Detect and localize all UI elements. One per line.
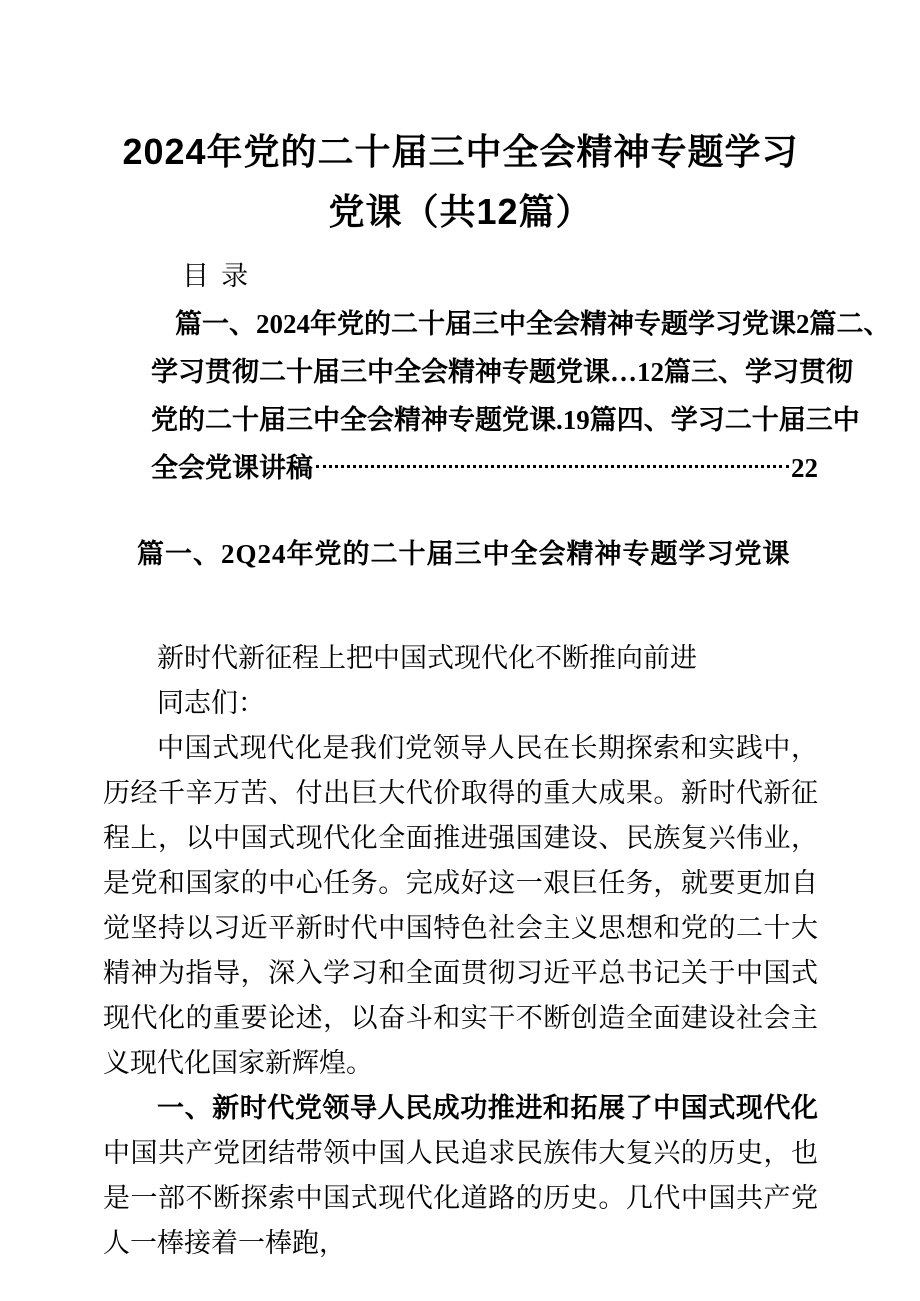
table-of-contents: 目录 篇一、2024年党的二十届三中全会精神专题学习党课2篇二、 学习贯彻二十届…: [151, 252, 818, 492]
toc-heading: 目录: [151, 252, 818, 300]
paragraph-lead-bold: 一、新时代党领导人民成功推进和拓展了中国式现代化: [157, 1093, 818, 1123]
body-paragraph: 中国式现代化是我们党领导人民在长期探索和实践中，历经千辛万苦、付出巨大代价取得的…: [103, 726, 818, 1086]
toc-entry-line: 党的二十届三中全会精神专题党课.19篇四、学习二十届三中: [151, 396, 818, 444]
toc-entry-label: 全会党课讲稿: [151, 444, 313, 492]
salutation: 同志们：: [103, 681, 818, 726]
toc-entry-line: 篇一、2024年党的二十届三中全会精神专题学习党课2篇二、: [151, 300, 818, 348]
document-page: 2024年党的二十届三中全会精神专题学习 党课（共12篇） 目录 篇一、2024…: [0, 0, 920, 1301]
section-heading: 篇一、2Q24年党的二十届三中全会精神专题学习党课: [103, 532, 818, 577]
paragraph-rest: 中国共产党团结带领中国人民追求民族伟大复兴的历史，也是一部不断探索中国式现代化道…: [103, 1138, 818, 1258]
section-subtitle: 新时代新征程上把中国式现代化不断推向前进: [103, 636, 818, 681]
toc-entry-line-last: 全会党课讲稿 22: [151, 444, 818, 492]
body-paragraph: 一、新时代党领导人民成功推进和拓展了中国式现代化中国共产党团结带领中国人民追求民…: [103, 1086, 818, 1266]
document-title: 2024年党的二十届三中全会精神专题学习 党课（共12篇）: [103, 122, 818, 242]
toc-page-number: 22: [791, 444, 818, 492]
document-title-line1: 2024年党的二十届三中全会精神专题学习: [103, 122, 818, 182]
section-body: 新时代新征程上把中国式现代化不断推向前进 同志们： 中国式现代化是我们党领导人民…: [103, 636, 818, 1266]
document-title-line2: 党课（共12篇）: [103, 182, 818, 242]
toc-entry-line: 学习贯彻二十届三中全会精神专题党课…12篇三、学习贯彻: [151, 348, 818, 396]
